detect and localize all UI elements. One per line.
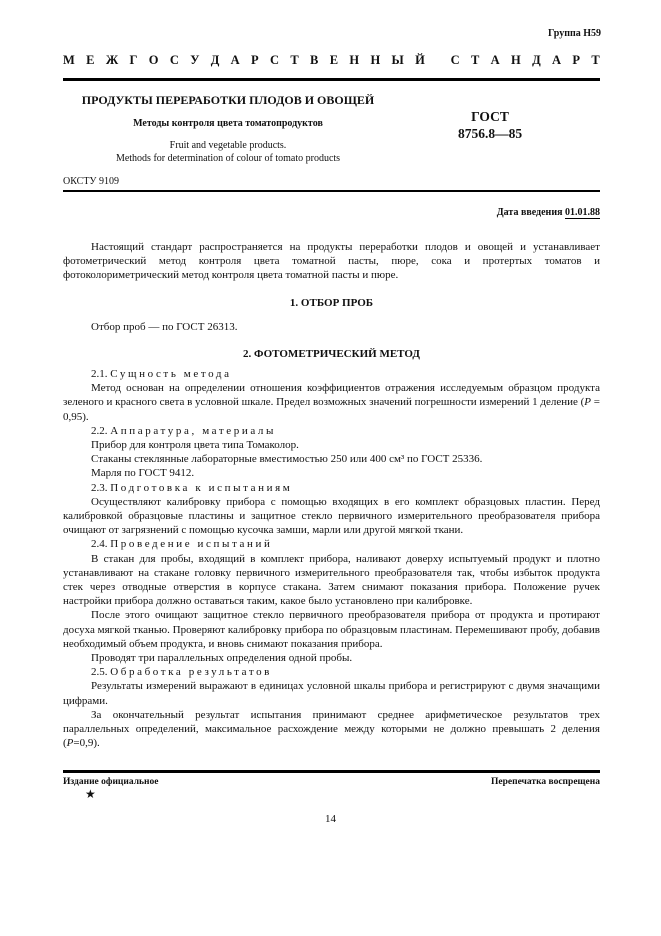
date-label: Дата введения: [497, 207, 563, 218]
banner-letter: [436, 53, 439, 68]
equipment-item: Марля по ГОСТ 9412.: [63, 466, 600, 480]
section-1-text: Отбор проб — по ГОСТ 26313.: [63, 320, 600, 334]
introduction-date: Дата введения 01.01.88: [497, 207, 600, 218]
equipment-item: Стаканы стеклянные лабораторные вместимо…: [63, 452, 600, 466]
subsection-2-2-heading: 2.2. Аппаратура, материалы: [63, 424, 600, 438]
intro-paragraph: Настоящий стандарт распространяется на п…: [63, 240, 600, 283]
official-edition-label: Издание официальное: [63, 777, 159, 787]
english-title-line-1: Fruit and vegetable products.: [63, 139, 393, 152]
banner-letter: Т: [290, 53, 298, 68]
banner-letter: Ы: [392, 53, 404, 68]
banner-letter: Н: [349, 53, 359, 68]
subsection-2-4-paragraph: В стакан для пробы, входящий в комплект …: [63, 552, 600, 609]
gost-designation: ГОСТ 8756.8—85: [440, 108, 540, 142]
english-title-line-2: Methods for determination of colour of t…: [63, 152, 393, 165]
document-subtitle: Методы контроля цвета томатопродуктов: [63, 118, 393, 129]
top-divider: [63, 78, 600, 81]
banner-letter: Т: [471, 53, 479, 68]
english-title: Fruit and vegetable products. Methods fo…: [63, 139, 393, 165]
banner-letter: Р: [572, 53, 580, 68]
banner-letter: А: [491, 53, 500, 68]
banner-letter: Ж: [106, 53, 118, 68]
banner-letter: Е: [330, 53, 338, 68]
subsection-2-4-heading: 2.4. Проведение испытаний: [63, 537, 600, 551]
date-value: 01.01.88: [565, 207, 600, 219]
subsection-2-4-paragraph: После этого очищают защитное стекло перв…: [63, 608, 600, 651]
subsection-2-5-text: За окончательный результат испытания при…: [63, 708, 600, 751]
star-icon: ★: [85, 787, 96, 802]
intro-text: Настоящий стандарт распространяется на п…: [63, 240, 600, 283]
header-divider: [63, 190, 600, 192]
reprint-prohibited-label: Перепечатка воспрещена: [491, 777, 600, 787]
banner-letter: У: [190, 53, 199, 68]
banner-letter: А: [231, 53, 240, 68]
banner-letter: С: [170, 53, 179, 68]
okstu-code: ОКСТУ 9109: [63, 176, 119, 187]
section-1-heading: 1. ОТБОР ПРОБ: [63, 296, 600, 310]
banner-letter: Р: [251, 53, 259, 68]
banner-letter: Т: [591, 53, 599, 68]
banner-letter: Е: [86, 53, 94, 68]
banner-letter: Д: [532, 53, 541, 68]
interstate-standard-banner: МЕЖГОСУДАРСТВЕННЫЙ СТАНДАРТ: [63, 53, 600, 68]
banner-letter: В: [310, 53, 318, 68]
page-number: 14: [0, 813, 661, 825]
banner-letter: М: [63, 53, 75, 68]
section-2-body: 2.1. Сущность метода Метод основан на оп…: [63, 367, 600, 750]
gost-label: ГОСТ: [440, 108, 540, 125]
document-title: ПРОДУКТЫ ПЕРЕРАБОТКИ ПЛОДОВ И ОВОЩЕЙ: [63, 93, 393, 108]
banner-letter: Г: [130, 53, 138, 68]
banner-letter: С: [451, 53, 460, 68]
sampling-text: Отбор проб — по ГОСТ 26313.: [63, 320, 600, 334]
subsection-2-3-text: Осуществляют калибровку прибора с помощь…: [63, 495, 600, 538]
banner-letter: С: [270, 53, 279, 68]
gost-number: 8756.8—85: [440, 125, 540, 142]
banner-letter: Н: [370, 53, 380, 68]
banner-letter: Й: [415, 53, 425, 68]
banner-letter: Н: [511, 53, 521, 68]
subsection-2-5-text: Результаты измерений выражают в единицах…: [63, 679, 600, 707]
banner-letter: О: [149, 53, 159, 68]
footer-divider: [63, 770, 600, 773]
subsection-2-1-text: Метод основан на определении отношения к…: [63, 381, 600, 424]
classification-group: Группа Н59: [548, 28, 601, 39]
equipment-item: Прибор для контроля цвета типа Томаколор…: [63, 438, 600, 452]
subsection-2-5-heading: 2.5. Обработка результатов: [63, 665, 600, 679]
subsection-2-4-paragraph: Проводят три параллельных определения од…: [63, 651, 600, 665]
subsection-2-3-heading: 2.3. Подготовка к испытаниям: [63, 481, 600, 495]
banner-letter: А: [552, 53, 561, 68]
banner-letter: Д: [211, 53, 220, 68]
section-2-heading: 2. ФОТОМЕТРИЧЕСКИЙ МЕТОД: [63, 347, 600, 361]
subsection-2-1-heading: 2.1. Сущность метода: [63, 367, 600, 381]
